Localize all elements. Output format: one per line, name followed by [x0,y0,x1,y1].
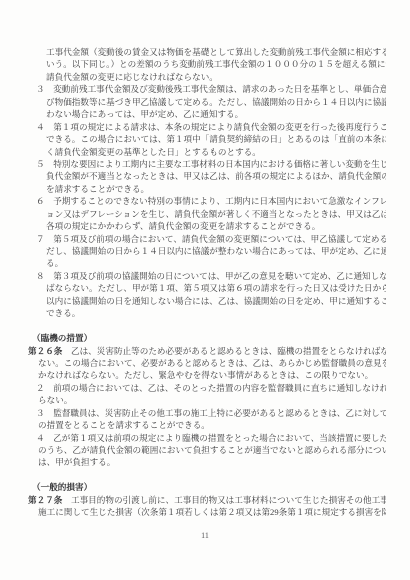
document-line: かなければならない。ただし、緊急やむを得ない事情があるときは、この限りでない。 [38,369,386,381]
document-line: ６ 予期することのできない特別の事情により、工期内に日本国内において急激なインフ… [36,195,386,207]
document-line: の措置をとることを請求することができる。 [38,419,386,431]
document-line: る。 [46,257,386,269]
document-line: わない場合にあっては、甲が定め、乙に通知する。 [46,108,386,120]
document-line: できる。この場合においては、第１項中「請負契約締結の日」とあるのは「直前の本条に… [46,133,386,145]
document-line: 各項の規定にかかわらず、請負代金額の変更を請求することができる。 [46,220,386,232]
document-line: ２ 前項の場合においては、乙は、そのとった措置の内容を監督職員に直ちに通知しなけ… [36,382,386,394]
article-text: 乙は、災害防止等のため必要があると認めるときは、臨機の措置をとらなければなら [62,346,386,356]
document-body: 工事代金額（変動後の賃金又は物価を基礎として算出した変動前残工事代金額に相応する… [28,46,386,519]
section-heading: （臨機の措置） [32,332,386,344]
document-line: 請負代金額の変更に応じなければならない。 [46,71,386,83]
document-line: のうち、乙が請負代金額の範囲において負担することが適当でないと認められる部分につ… [38,444,386,456]
article-line: 第２７条 工事目的物の引渡し前に、工事目的物又は工事材料について生じた損害その他… [28,494,386,506]
section-heading: （一般的損害） [32,481,386,493]
document-line: ない。この場合において、必要があると認めるときは、乙は、あらかじめ監督職員の意見… [38,357,386,369]
document-line: 施工に関して生じた損害（次条第１項若しくは第２項又は第29条第１項に規定する損害… [38,506,386,518]
article-line: 第２６条 乙は、災害防止等のため必要があると認めるときは、臨機の措置をとらなけれ… [28,345,386,357]
document-line: だし、協議開始の日から１４日以内に協議が整わない場合にあっては、甲が定め、乙に通… [46,245,386,257]
document-line: ４ 乙が第１項又は前項の規定により臨機の措置をとった場合において、当該措置に要し… [36,432,386,444]
document-line: ７ 第５項及び前項の場合において、請負代金額の変更額については、甲乙協議して定め… [36,233,386,245]
page-number: 11 [0,531,410,540]
document-line: 以内に協議開始の日を通知しない場合には、乙は、協議開始の日を定め、甲に通知するこ… [46,295,386,307]
document-page: 工事代金額（変動後の賃金又は物価を基礎として算出した変動前残工事代金額に相応する… [0,0,410,580]
document-line: ョン又はデフレーションを生じ、請負代金額が著しく不適当となったときは、甲又は乙は… [46,208,386,220]
document-line: ３ 変動前残工事代金額及び変動後残工事代金額は、請求のあった日を基準とし、単価合… [36,83,386,95]
document-line: ばならない。ただし、甲が第１項、第５項又は第６項の請求を行った日又は受けた日から… [46,282,386,294]
document-line: を請求することができる。 [46,183,386,195]
blank-line [28,469,386,481]
document-line: ５ 特別な要因により工期内に主要な工事材料の日本国内における価格に著しい変動を生… [36,158,386,170]
article-number: 第２７条 [28,495,62,505]
article-number: 第２６条 [28,346,62,356]
document-line: らない。 [38,394,386,406]
document-line: ８ 第３項及び前項の協議開始の日については、甲が乙の意見を聴いて定め、乙に通知し… [36,270,386,282]
blank-line [28,320,386,332]
document-line: 工事代金額（変動後の賃金又は物価を基礎として算出した変動前残工事代金額に相応する… [46,46,386,58]
article-text: 工事目的物の引渡し前に、工事目的物又は工事材料について生じた損害その他工事の [62,495,386,505]
document-line: ３ 監督職員は、災害防止その他工事の施工上特に必要があると認めるときは、乙に対し… [36,407,386,419]
document-line: は、甲が負担する。 [38,456,386,468]
document-line: ４ 第１項の規定による請求は、本条の規定により請負代金額の変更を行った後再度行う… [36,121,386,133]
document-line: く請負代金額変更の基準とした日」とするものとする。 [46,146,386,158]
document-line: 負代金額が不適当となったときは、甲又は乙は、前各項の規定によるほか、請負代金額の… [46,170,386,182]
document-line: できる。 [46,307,386,319]
document-line: び物価指数等に基づき甲乙協議して定める。ただし、協議開始の日から１４日以内に協議… [46,96,386,108]
document-line: いう。以下同じ。）との差額のうち変動前残工事代金額の１０００分の１５を超える額に… [46,58,386,70]
